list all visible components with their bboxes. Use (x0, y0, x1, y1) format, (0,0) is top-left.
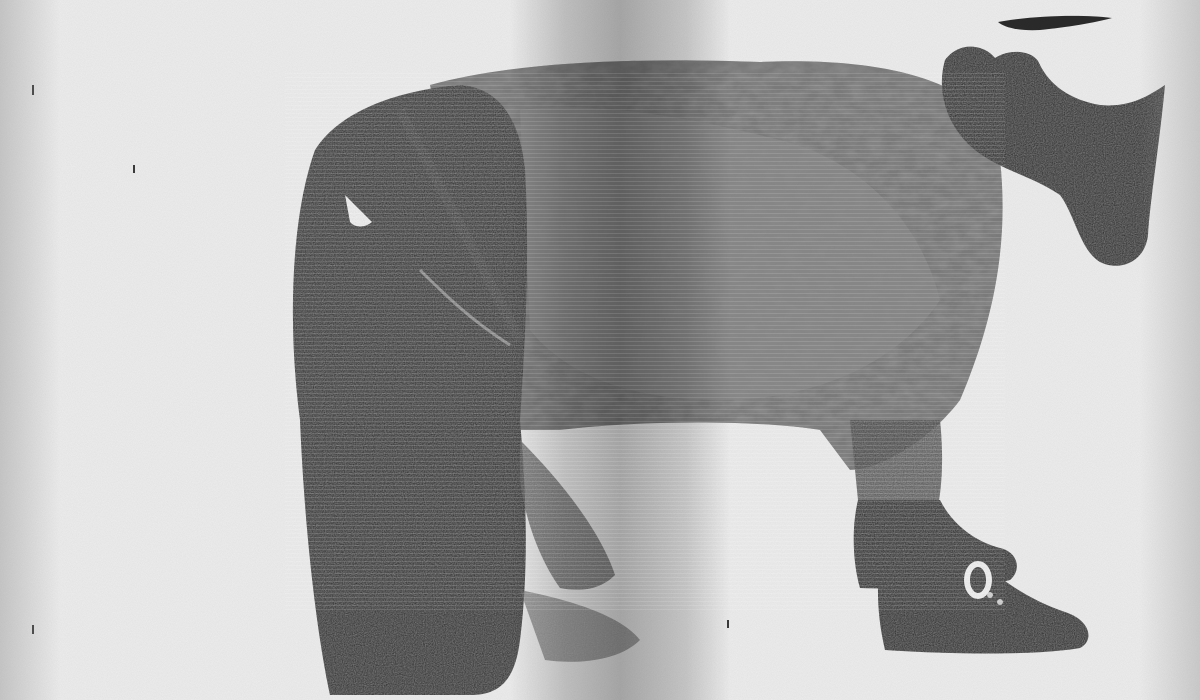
blur-streak (510, 0, 730, 700)
sneaker-eyelet (987, 592, 993, 598)
photo-collage (0, 0, 1200, 700)
person-jacket (293, 85, 527, 420)
right-edge-shade (1140, 0, 1200, 700)
sneaker-eyelet (997, 599, 1003, 605)
left-edge-shade (0, 0, 60, 700)
